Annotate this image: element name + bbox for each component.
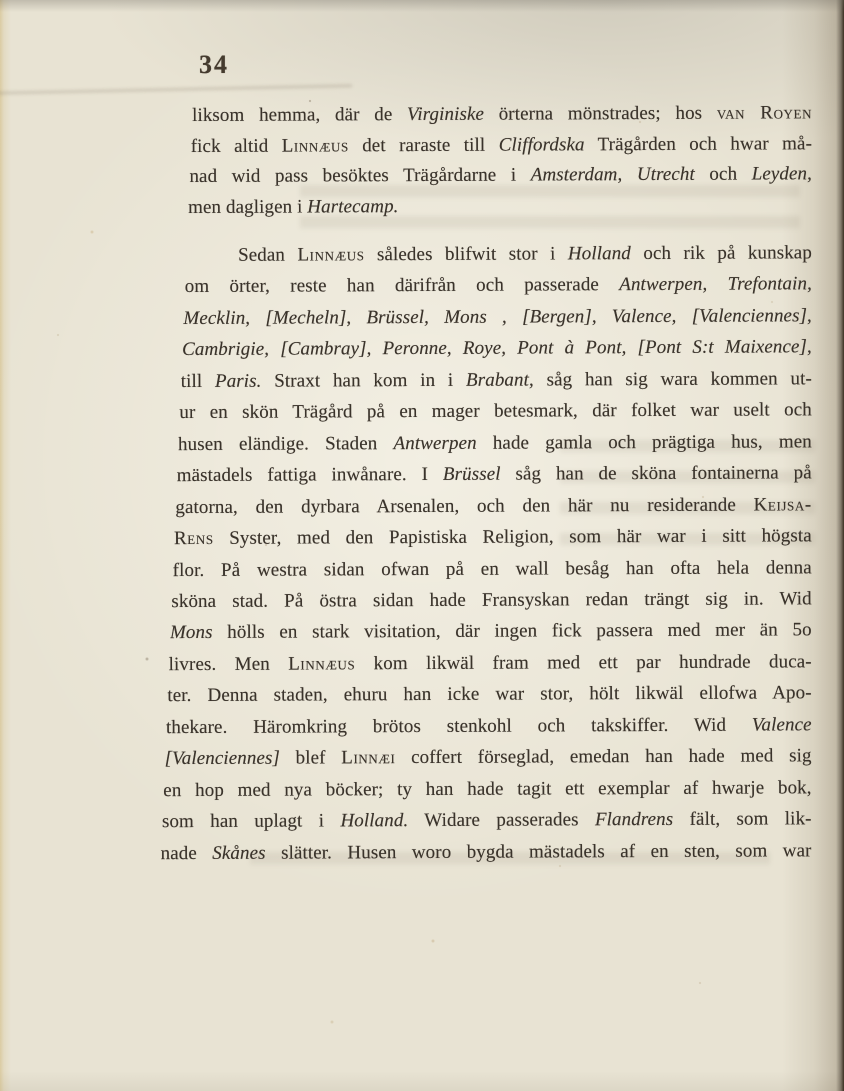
text-line: men dagligen i Hartecamp. (188, 193, 812, 223)
text-line: sköna stad. På östra sidan hade Fransysk… (171, 587, 812, 617)
text-line: om örter, reste han därifrån och passera… (185, 273, 812, 303)
text-line: Rens Syster, med den Papistiska Religion… (174, 524, 812, 554)
text-line: liksom hemma, där de Virginiske örterna … (192, 101, 812, 131)
text-line: nad wid pass besöktes Trägårdarne i Amst… (189, 163, 812, 193)
text-line: en hop med nya böcker; ty han hade tagit… (163, 776, 811, 806)
text-line: thekare. Häromkring brötos stenkohl och … (166, 713, 812, 743)
text-line: husen eländige. Staden Antwerpen hade ga… (178, 430, 812, 460)
text-line: ter. Denna staden, ehuru han icke war st… (167, 682, 811, 712)
text-line: Mons hölls en stark visitation, där inge… (170, 619, 812, 649)
page-text: liksom hemma, där de Virginiske örterna … (0, 0, 844, 1091)
text-line: mästadels fattiga inwånare. I Brüssel så… (177, 461, 812, 491)
text-line: fick altid Linnæus det raraste till Clif… (191, 132, 812, 162)
text-line: Sedan Linnæus således blifwit stor i Hol… (186, 241, 812, 271)
text-line: till Paris. Straxt han kom in i Brabant,… (181, 367, 812, 397)
book-page: 34 liksom hemma, där de Virginiske örter… (0, 0, 844, 1091)
text-line: livres. Men Linnæus kom likwäl fram med … (169, 650, 812, 680)
text-line: [Valenciennes] blef Linnæi coffert förse… (165, 744, 812, 774)
text-line: nade Skånes slätter. Husen woro bygda mä… (161, 839, 812, 869)
text-line: flor. På westra sidan ofwan på en wall b… (173, 556, 812, 586)
text-line: ur en skön Trägård på en mager betesmark… (179, 399, 812, 429)
text-line: som han uplagt i Holland. Widare passera… (162, 807, 812, 837)
text-line: Cambrigie, [Cambray], Peronne, Roye, Pon… (182, 336, 812, 366)
text-line: Mecklin, [Mecheln], Brüssel, Mons , [Ber… (183, 304, 812, 334)
text-line: gatorna, den dyrbara Arsenalen, och den … (175, 493, 812, 523)
